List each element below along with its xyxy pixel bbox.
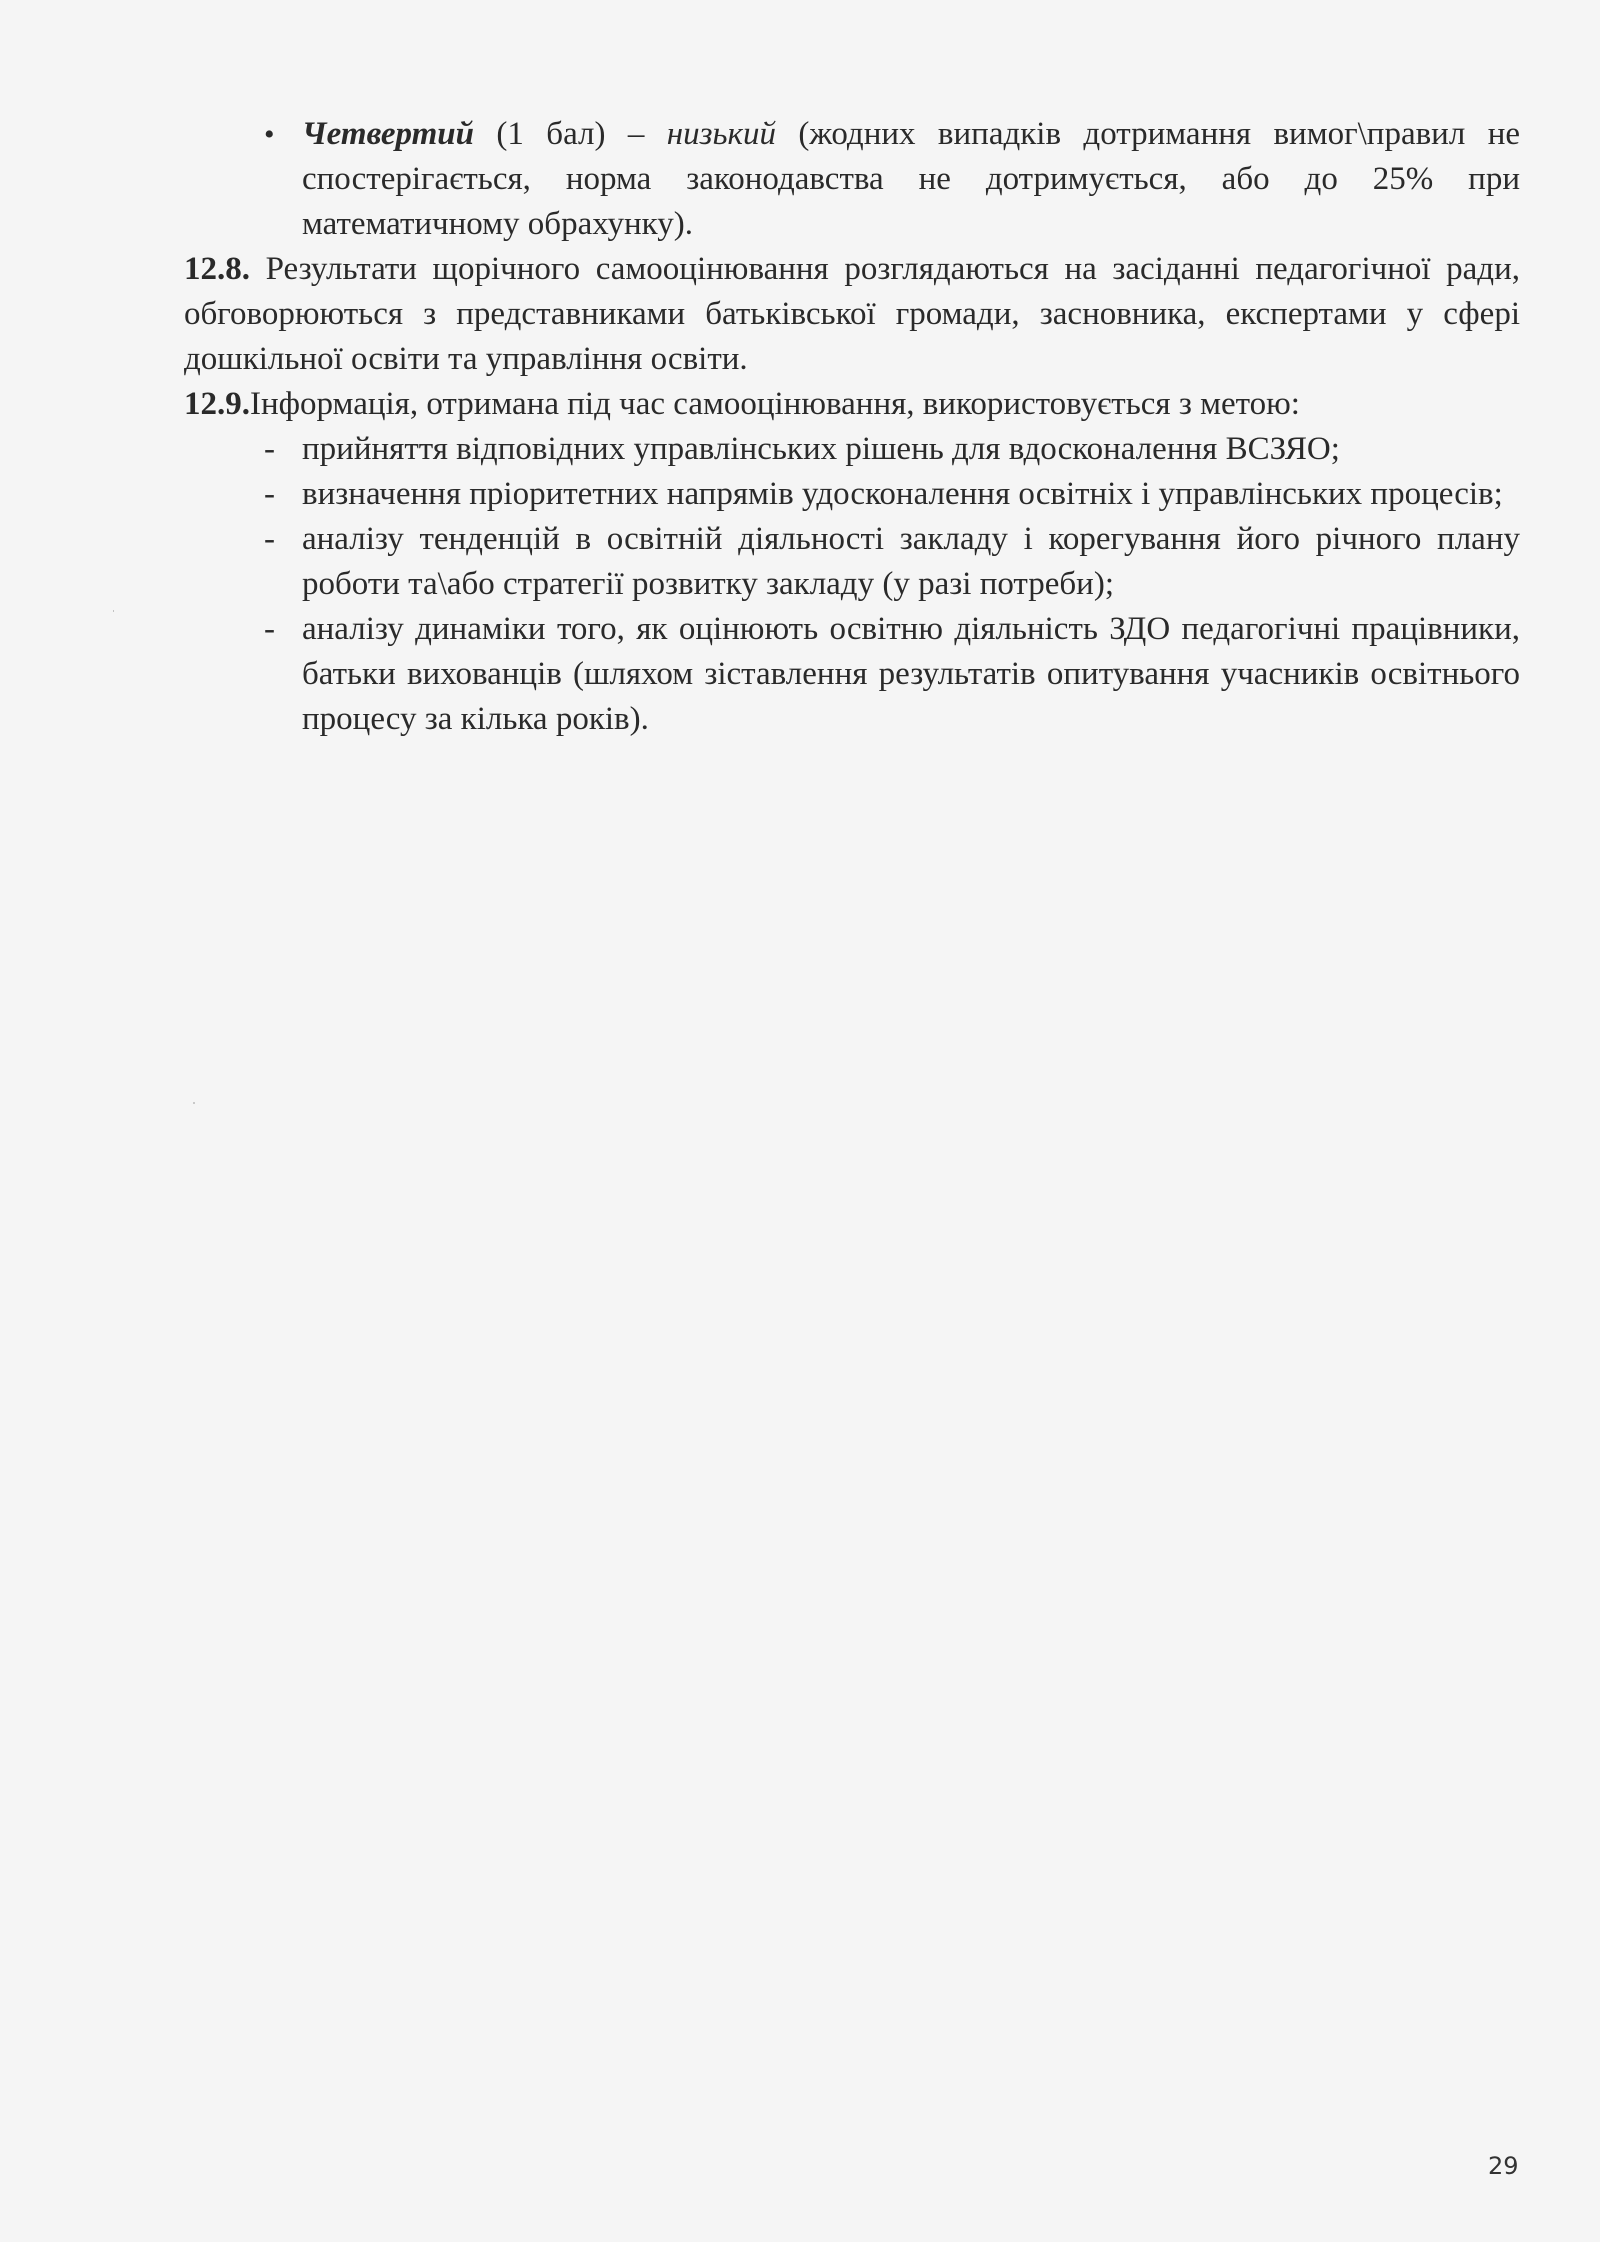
- dash-icon: -: [264, 517, 275, 562]
- section-number: 12.9.: [184, 386, 250, 422]
- page-content: • Четвертий (1 бал) – низький (жодних ви…: [184, 112, 1520, 742]
- section-text: Результати щорічного самооцінювання розг…: [184, 251, 1520, 377]
- list-item-text: прийняття відповідних управлінських ріше…: [302, 431, 1340, 467]
- dash-icon: -: [264, 427, 275, 472]
- page-number: 29: [1488, 2152, 1519, 2180]
- section-number: 12.8.: [184, 251, 250, 287]
- list-item: - аналізу динаміки того, як оцінюють осв…: [184, 607, 1520, 742]
- purpose-list: - прийняття відповідних управлінських рі…: [184, 427, 1520, 742]
- criterion-bullet: • Четвертий (1 бал) – низький (жодних ви…: [184, 112, 1520, 247]
- list-item-text: аналізу тенденцій в освітній діяльності …: [302, 521, 1520, 602]
- scan-speck: [193, 1102, 195, 1104]
- scan-speck: [113, 610, 114, 612]
- list-item: - прийняття відповідних управлінських рі…: [184, 427, 1520, 472]
- criterion-level: низький: [667, 116, 776, 152]
- criterion-score: (1 бал) –: [496, 116, 644, 152]
- section-text: Інформація, отримана під час самооцінюва…: [250, 386, 1300, 422]
- criterion-title: Четвертий: [302, 116, 474, 152]
- list-item: - аналізу тенденцій в освітній діяльност…: [184, 517, 1520, 607]
- list-item-text: визначення пріоритетних напрямів удоскон…: [302, 476, 1503, 512]
- bullet-icon: •: [264, 112, 275, 157]
- document-page: • Четвертий (1 бал) – низький (жодних ви…: [0, 0, 1600, 2242]
- list-item-text: аналізу динаміки того, як оцінюють освіт…: [302, 611, 1520, 737]
- criterion-text: (жодних випадків дотримання вимог\правил…: [302, 116, 1520, 242]
- section-12-9: 12.9.Інформація, отримана під час самооц…: [184, 382, 1520, 427]
- dash-icon: -: [264, 472, 275, 517]
- section-12-8: 12.8. Результати щорічного самооцінюванн…: [184, 247, 1520, 382]
- list-item: - визначення пріоритетних напрямів удоск…: [184, 472, 1520, 517]
- dash-icon: -: [264, 607, 275, 652]
